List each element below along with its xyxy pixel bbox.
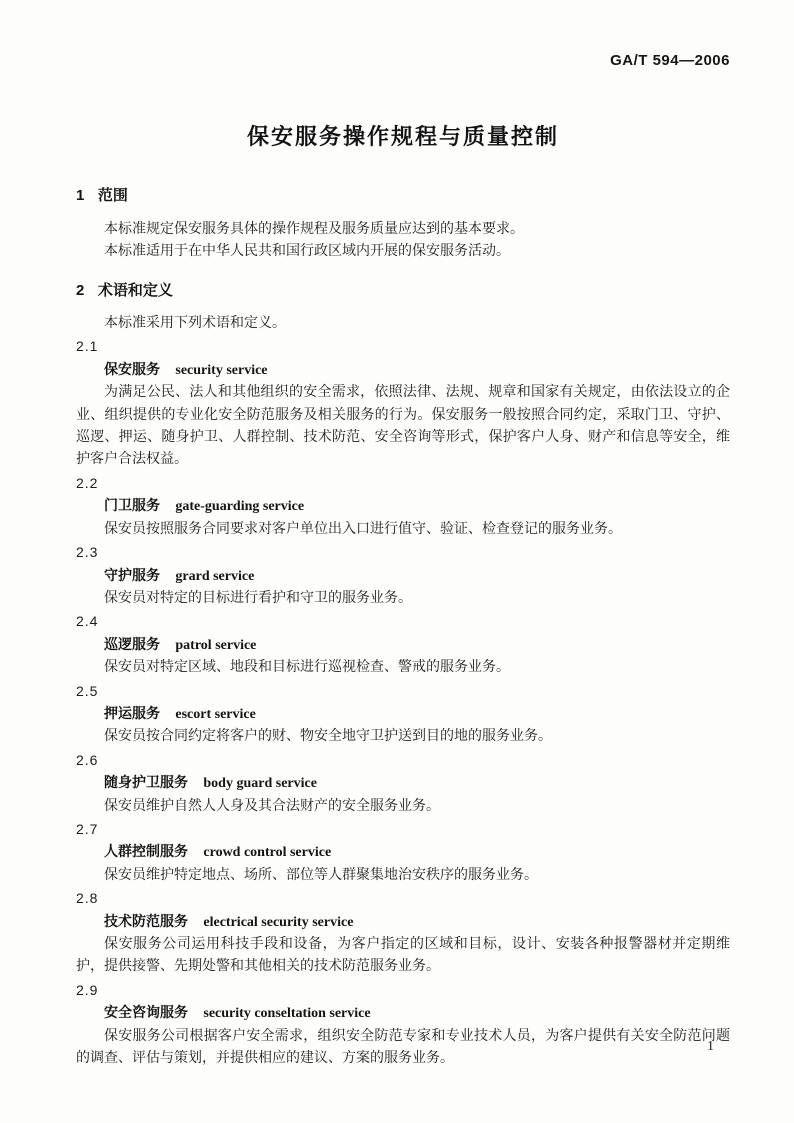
term-entry: 2.1 保安服务security service 为满足公民、法人和其他组织的安…: [76, 335, 730, 471]
term-definition: 保安员按照服务合同要求对客户单位出入口进行值守、验证、检查登记的服务业务。: [76, 519, 730, 541]
terms-intro-paragraph: 本标准采用下列术语和定义。: [76, 313, 730, 335]
term-en: security service: [175, 363, 267, 378]
section-1-heading: 1范围: [76, 185, 730, 207]
term-entry: 2.3 守护服务grard service 保安员对特定的目标进行看护和守卫的服…: [76, 541, 730, 610]
term-definition: 保安服务公司根据客户安全需求，组织安全防范专家和专业技术人员，为客户提供有关安全…: [76, 1026, 730, 1071]
clause-number: 2.1: [76, 335, 730, 357]
term-zh: 安全咨询服务: [104, 1004, 188, 1020]
term-definition: 保安员按合同约定将客户的财、物安全地守卫护送到目的地的服务业务。: [76, 726, 730, 748]
term-entry: 2.2 门卫服务gate-guarding service 保安员按照服务合同要…: [76, 472, 730, 541]
term-zh: 巡逻服务: [104, 636, 160, 652]
term-definition: 保安员维护特定地点、场所、部位等人群聚集地治安秩序的服务业务。: [76, 865, 730, 887]
term-en: crowd control service: [203, 845, 331, 860]
term-en: gate-guarding service: [175, 499, 304, 514]
term-zh: 保安服务: [104, 361, 160, 377]
term-zh: 守护服务: [104, 567, 160, 583]
term-heading: 安全咨询服务security conseltation service: [76, 1001, 730, 1025]
term-definition: 保安服务公司运用科技手段和设备，为客户指定的区域和目标，设计、安装各种报警器材并…: [76, 934, 730, 979]
term-heading: 技术防范服务electrical security service: [76, 910, 730, 934]
term-heading: 门卫服务gate-guarding service: [76, 494, 730, 518]
clause-number: 2.2: [76, 472, 730, 494]
term-en: grard service: [175, 569, 254, 584]
clause-number: 2.3: [76, 541, 730, 563]
clause-number: 2.4: [76, 610, 730, 632]
term-entry: 2.6 随身护卫服务body guard service 保安员维护自然人人身及…: [76, 749, 730, 818]
section-1-title: 范围: [98, 187, 128, 204]
term-en: electrical security service: [203, 915, 353, 930]
term-heading: 押运服务escort service: [76, 702, 730, 726]
term-zh: 随身护卫服务: [104, 774, 188, 790]
term-entry: 2.7 人群控制服务crowd control service 保安员维护特定地…: [76, 818, 730, 887]
clause-number: 2.7: [76, 818, 730, 840]
standard-code: GA/T 594—2006: [76, 50, 730, 72]
term-entry: 2.4 巡逻服务patrol service 保安员对特定区域、地段和目标进行巡…: [76, 610, 730, 679]
term-definition: 为满足公民、法人和其他组织的安全需求，依照法律、法规、规章和国家有关规定，由依法…: [76, 382, 730, 472]
section-2-number: 2: [76, 282, 84, 299]
term-zh: 技术防范服务: [104, 913, 188, 929]
clause-number: 2.5: [76, 680, 730, 702]
term-en: patrol service: [175, 638, 256, 653]
section-2-heading: 2术语和定义: [76, 280, 730, 302]
document-page: GA/T 594—2006 保安服务操作规程与质量控制 1范围 本标准规定保安服…: [0, 0, 794, 1123]
clause-number: 2.6: [76, 749, 730, 771]
term-entry: 2.5 押运服务escort service 保安员按合同约定将客户的财、物安全…: [76, 680, 730, 749]
term-definition: 保安员对特定的目标进行看护和守卫的服务业务。: [76, 588, 730, 610]
scope-paragraph-1: 本标准规定保安服务具体的操作规程及服务质量应达到的基本要求。: [76, 219, 730, 241]
section-1-number: 1: [76, 187, 84, 204]
term-heading: 守护服务grard service: [76, 564, 730, 588]
term-heading: 巡逻服务patrol service: [76, 633, 730, 657]
page-number: 1: [707, 1036, 714, 1058]
term-en: security conseltation service: [203, 1006, 370, 1021]
term-entry: 2.8 技术防范服务electrical security service 保安…: [76, 887, 730, 979]
term-heading: 保安服务security service: [76, 358, 730, 382]
term-entry: 2.9 安全咨询服务security conseltation service …: [76, 979, 730, 1071]
document-title: 保安服务操作规程与质量控制: [76, 122, 730, 152]
term-en: body guard service: [203, 776, 317, 791]
term-definition: 保安员对特定区域、地段和目标进行巡视检查、警戒的服务业务。: [76, 657, 730, 679]
clause-number: 2.9: [76, 979, 730, 1001]
term-zh: 门卫服务: [104, 497, 160, 513]
term-en: escort service: [175, 707, 255, 722]
term-heading: 人群控制服务crowd control service: [76, 840, 730, 864]
scope-paragraph-2: 本标准适用于在中华人民共和国行政区域内开展的保安服务活动。: [76, 241, 730, 263]
clause-number: 2.8: [76, 887, 730, 909]
term-heading: 随身护卫服务body guard service: [76, 771, 730, 795]
term-zh: 人群控制服务: [104, 843, 188, 859]
term-zh: 押运服务: [104, 705, 160, 721]
section-2-title: 术语和定义: [98, 282, 173, 299]
term-definition: 保安员维护自然人人身及其合法财产的安全服务业务。: [76, 796, 730, 818]
